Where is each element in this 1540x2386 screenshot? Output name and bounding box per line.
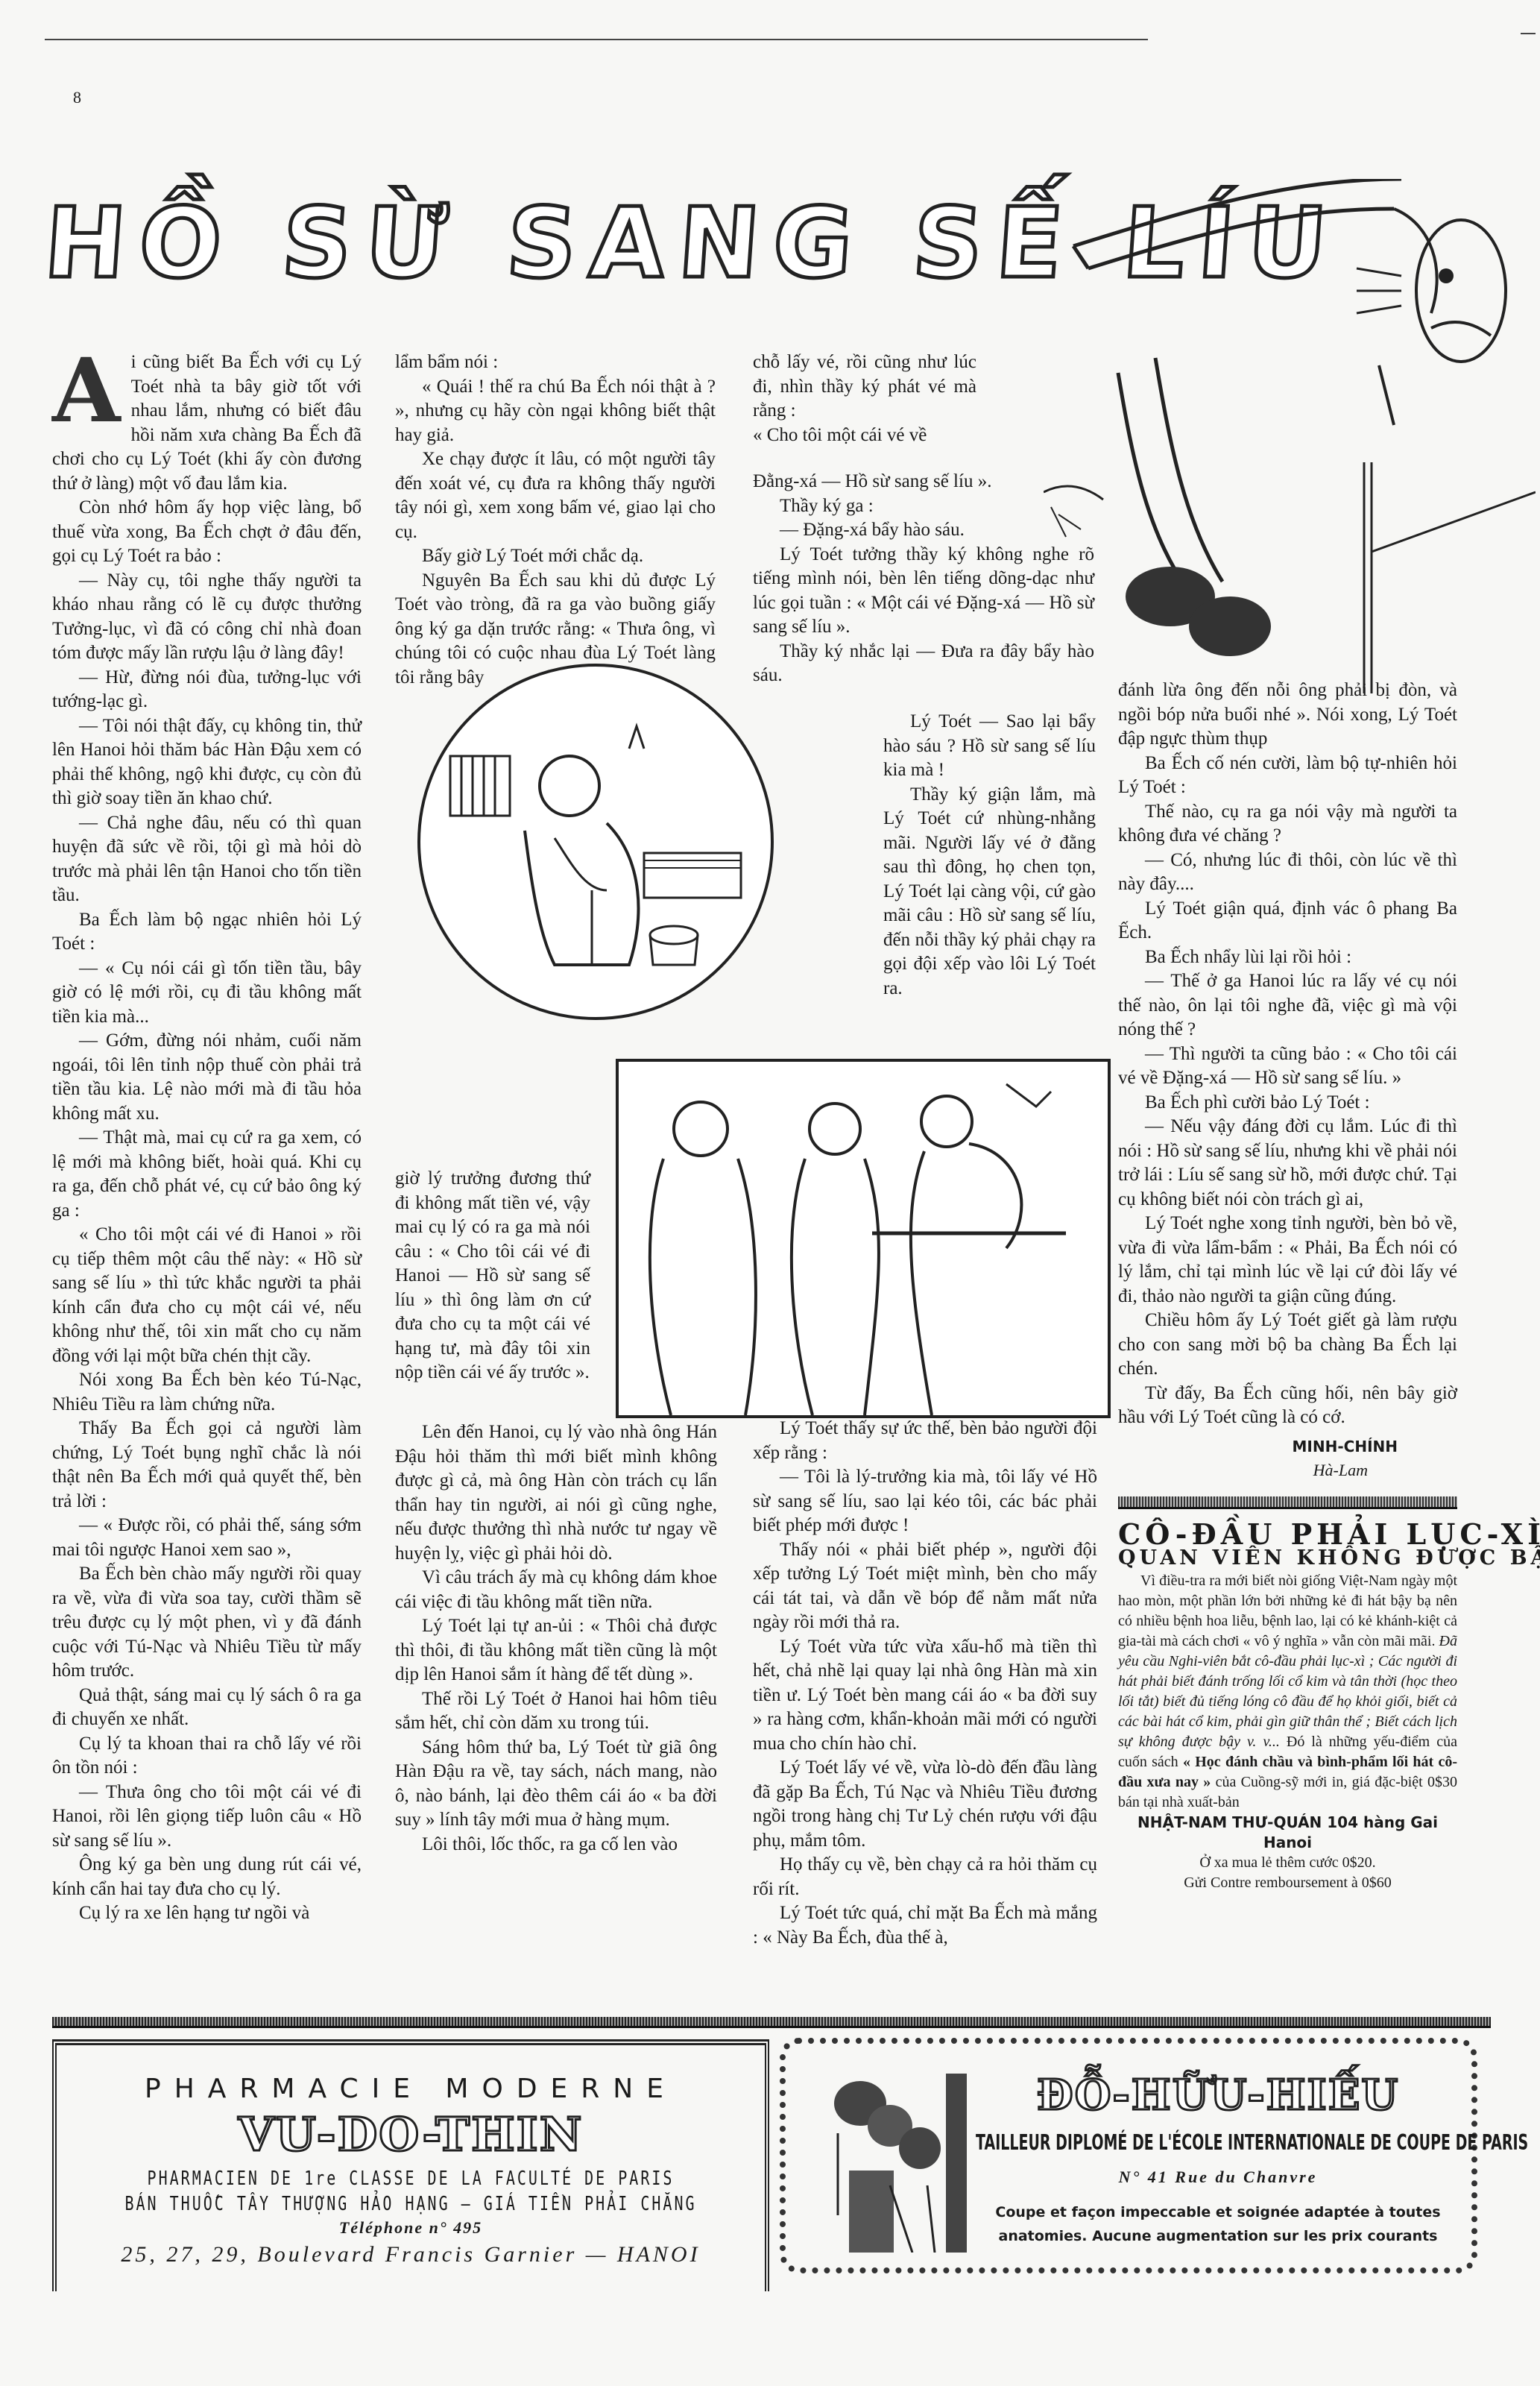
pharmacy-phone: Téléphone n° 495 <box>57 2218 765 2238</box>
tailor-text: ĐỖ-HỮU-HIẾU TAILLEUR DIPLOMÉ DE L'ÉCOLE … <box>976 2071 1460 2248</box>
paragraph: — Chả nghe đâu, nếu có thì quan huyện đã… <box>52 811 362 908</box>
section-divider <box>1118 1496 1457 1509</box>
paragraph: Vì câu trách ấy mà cụ không dám khoe cái… <box>395 1566 717 1614</box>
pharmacy-credential: PHARMACIEN DE 1re CLASSE DE LA FACULTÉ D… <box>57 2166 765 2189</box>
article-column-1: A i cũng biết Ba Ếch với cụ Lý Toét nhà … <box>52 350 362 1926</box>
publisher: NHẬT-NAM THƯ-QUÁN 104 hàng Gai Hanoi <box>1118 1813 1457 1853</box>
paragraph: lẩm bẩm nói : <box>395 350 716 375</box>
notice-italic-text: Đã yêu cầu Nghi-viên bắt cô-đầu phải lục… <box>1118 1633 1457 1750</box>
article-column-2-bottom: Lên đến Hanoi, cụ lý vào nhà ông Hán Đậu… <box>395 1420 717 1857</box>
paragraph: — Có, nhưng lúc đi thôi, còn lúc về thì … <box>1118 849 1457 897</box>
author-name: MINH-CHÍNH <box>1118 1435 1457 1459</box>
paragraph: Xe chạy được ít lâu, có một người tây đế… <box>395 447 716 544</box>
top-rule-right <box>1521 33 1536 34</box>
paragraph: — « Được rồi, có phải thế, sáng sớm mai … <box>52 1514 362 1562</box>
tailor-credential: TAILLEUR DIPLOMÉ DE L'ÉCOLE INTERNATIONA… <box>976 2131 1460 2156</box>
bottom-divider <box>52 2017 1491 2028</box>
paragraph: — Gớm, đừng nói nhảm, cuối năm ngoái, tô… <box>52 1029 362 1126</box>
paragraph: Thầy ký ga : <box>753 494 1094 519</box>
postage-note: Ở xa mua lẻ thêm cước 0$20. <box>1118 1853 1457 1873</box>
tailor-ad: ĐỖ-HỮU-HIẾU TAILLEUR DIPLOMÉ DE L'ÉCOLE … <box>780 2038 1477 2273</box>
paragraph: Quả thật, sáng mai cụ lý sách ô ra ga đi… <box>52 1684 362 1732</box>
paragraph: Bấy giờ Lý Toét mới chắc dạ. <box>395 544 716 569</box>
article-column-3-bottom: Lý Toét thấy sự ức thế, bèn bảo người độ… <box>753 1417 1097 1950</box>
paragraph: — Này cụ, tôi nghe thấy người ta kháo nh… <box>52 569 362 666</box>
paragraph: Đằng-xá — Hồ sừ sang sế líu ». <box>753 470 1094 494</box>
paragraph: Chiều hôm ấy Lý Toét giết gà làm rượu ch… <box>1118 1309 1457 1382</box>
paragraph: Cụ lý ta khoan thai ra chỗ lấy vé rồi ôn… <box>52 1732 362 1781</box>
paragraph: — Tôi là lý-trưởng kia mà, tôi lấy vé Hồ… <box>753 1465 1097 1538</box>
paragraph: — Đặng-xá bẩy hào sáu. <box>753 518 1094 543</box>
paragraph: « Cho tôi một cái vé về <box>753 424 976 448</box>
paragraph: « Cho tôi một cái vé đi Hanoi » rồi cụ t… <box>52 1223 362 1368</box>
article-column-3-mid: Lý Toét — Sao lại bẩy hào sáu ? Hồ sừ sa… <box>883 710 1096 1001</box>
paragraph: — Tôi nói thật đấy, cụ không tin, thử lê… <box>52 714 362 811</box>
paragraph: — Hừ, đừng nói đùa, tưởng-lục với tướng-… <box>52 666 362 714</box>
paragraph: giờ lý trưởng đương thứ đi không mất tiề… <box>395 1167 590 1385</box>
paragraph: đánh lừa ông đến nỗi ông phải bị đòn, và… <box>1118 679 1457 752</box>
paragraph: Cụ lý ra xe lên hạng tư ngồi và <box>52 1901 362 1926</box>
paragraph: Thấy Ba Ếch gọi cả người làm chứng, Lý T… <box>52 1417 362 1514</box>
cartoon-umbrella-illustration <box>1044 179 1536 693</box>
paragraph: — Thế ở ga Hanoi lúc ra lấy vé cụ nói th… <box>1118 969 1457 1042</box>
paragraph: Lý Toét lại tự an-ủi : « Thôi chả được t… <box>395 1614 717 1687</box>
pharmacy-address: 25, 27, 29, Boulevard Francis Garnier — … <box>57 2242 765 2267</box>
notice-body: Vì điều-tra ra mới biết nòi giống Việt-N… <box>1118 1571 1457 1813</box>
notice-headline: CÔ-ĐẦU PHẢI LỤC-XÌ <box>1118 1523 1457 1547</box>
tailor-figures-icon <box>808 2066 987 2253</box>
pharmacy-tagline: BÁN THUỐC TÂY THƯỢNG HẢO HẠNG — GIÁ TIỀN… <box>57 2191 765 2215</box>
paragraph: Lý Toét tưởng thầy ký không nghe rõ tiến… <box>753 543 1094 640</box>
drop-cap: A <box>52 355 121 426</box>
paragraph: Thấy nói « phải biết phép », người đội x… <box>753 1538 1097 1635</box>
paragraph: Ba Ếch phì cười bảo Lý Toét : <box>1118 1091 1457 1115</box>
tailor-address: N° 41 Rue du Chanvre <box>976 2168 1460 2187</box>
paragraph: Ba Ếch bèn chào mấy người rồi quay ra về… <box>52 1562 362 1684</box>
notice-text: Vì điều-tra ra mới biết nòi giống Việt-N… <box>1118 1573 1457 1649</box>
paragraph: — Thật mà, mai cụ cứ ra ga xem, có lệ mớ… <box>52 1126 362 1223</box>
paragraph: Họ thấy cụ về, bèn chạy cả ra hỏi thăm c… <box>753 1853 1097 1901</box>
paragraph: Thế rồi Lý Toét ở Hanoi hai hôm tiêu sắm… <box>395 1687 717 1736</box>
article-column-2-mid: giờ lý trưởng đương thứ đi không mất tiề… <box>395 1167 590 1385</box>
paragraph: Thầy ký nhắc lại — Đưa ra đây bẩy hào sá… <box>753 640 1094 688</box>
paragraph: Lý Toét lấy vé về, vừa lò-dò đến đầu làn… <box>753 1756 1097 1853</box>
paragraph: « Quái ! thế ra chú Ba Ếch nói thật à ? … <box>395 375 716 448</box>
pharmacy-ad: PHARMACIE MODERNE VU-DO-THIN PHARMACIEN … <box>52 2039 769 2291</box>
paragraph: Thế nào, cụ ra ga nói vậy mà người ta kh… <box>1118 800 1457 849</box>
author-place: Hà-Lam <box>1118 1458 1457 1483</box>
illustration-ticket-counter <box>616 1059 1111 1418</box>
tailor-description: Coupe et façon impeccable et soignée ada… <box>976 2200 1460 2248</box>
article-column-2-top: lẩm bẩm nói : « Quái ! thế ra chú Ba Ếch… <box>395 350 716 690</box>
paragraph: — Nếu vậy đáng đời cụ lắm. Lúc đi thì nó… <box>1118 1115 1457 1212</box>
pharmacy-name: VU-DO-THIN <box>57 2107 765 2162</box>
paragraph: — Thì người ta cũng bảo : « Cho tôi cái … <box>1118 1042 1457 1091</box>
top-rule <box>45 39 1148 40</box>
illustration-ly-toet-sitting <box>417 664 774 1020</box>
paragraph: Lý Toét — Sao lại bẩy hào sáu ? Hồ sừ sa… <box>883 710 1096 783</box>
paragraph: Lôi thôi, lốc thốc, ra ga cố len vào <box>395 1833 717 1857</box>
paragraph: Lên đến Hanoi, cụ lý vào nhà ông Hán Đậu… <box>395 1420 717 1566</box>
paragraph: Lý Toét giận quá, định vác ô phang Ba Ếc… <box>1118 897 1457 945</box>
paragraph: Còn nhớ hôm ấy họp việc làng, bổ thuế vừ… <box>52 496 362 569</box>
page-number: 8 <box>73 88 81 107</box>
paragraph: Lý Toét tức quá, chỉ mặt Ba Ếch mà mắng … <box>753 1901 1097 1950</box>
cod-note: Gửi Contre remboursement à 0$60 <box>1118 1873 1457 1893</box>
tailor-name: ĐỖ-HỮU-HIẾU <box>976 2071 1460 2120</box>
paragraph: Ba Ếch nhẩy lùi lại rồi hỏi : <box>1118 945 1457 970</box>
paragraph: Ba Ếch làm bộ ngạc nhiên hỏi Lý Toét : <box>52 908 362 957</box>
paragraph: — Thưa ông cho tôi một cái vé đi Hanoi, … <box>52 1781 362 1854</box>
paragraph: — « Cụ nói cái gì tốn tiền tầu, bây giờ … <box>52 957 362 1030</box>
article-column-3-upper: Đằng-xá — Hồ sừ sang sế líu ». Thầy ký g… <box>753 470 1094 688</box>
article-column-4: đánh lừa ông đến nỗi ông phải bị đòn, và… <box>1118 679 1457 1893</box>
paragraph: Lý Toét thấy sự ức thế, bèn bảo người độ… <box>753 1417 1097 1465</box>
paragraph: Nói xong Ba Ếch bèn kéo Tú-Nạc, Nhiêu Ti… <box>52 1368 362 1417</box>
paragraph: Lý Toét nghe xong tỉnh người, bèn bỏ về,… <box>1118 1212 1457 1309</box>
notice-subheadline: QUAN VIÊN KHÔNG ĐƯỢC BẬY <box>1118 1546 1457 1571</box>
paragraph: Ba Ếch cố nén cười, làm bộ tự-nhiên hỏi … <box>1118 752 1457 800</box>
pharmacy-heading: PHARMACIE MODERNE <box>57 2074 765 2104</box>
paragraph: Lý Toét vừa tức vừa xấu-hổ mà tiền thì h… <box>753 1635 1097 1757</box>
paragraph: Sáng hôm thứ ba, Lý Toét từ giã ông Hàn … <box>395 1736 717 1833</box>
paragraph: chỗ lấy vé, rồi cũng như lúc đi, nhìn th… <box>753 350 976 424</box>
paragraph: Ông ký ga bèn ung dung rút cái vé, kính … <box>52 1853 362 1901</box>
paragraph: Từ đấy, Ba Ếch cũng hối, nên bây giờ hầu… <box>1118 1382 1457 1430</box>
paragraph: Thầy ký giận lắm, mà Lý Toét cứ nhùng-nh… <box>883 783 1096 1001</box>
article-column-3-top: chỗ lấy vé, rồi cũng như lúc đi, nhìn th… <box>753 350 976 447</box>
